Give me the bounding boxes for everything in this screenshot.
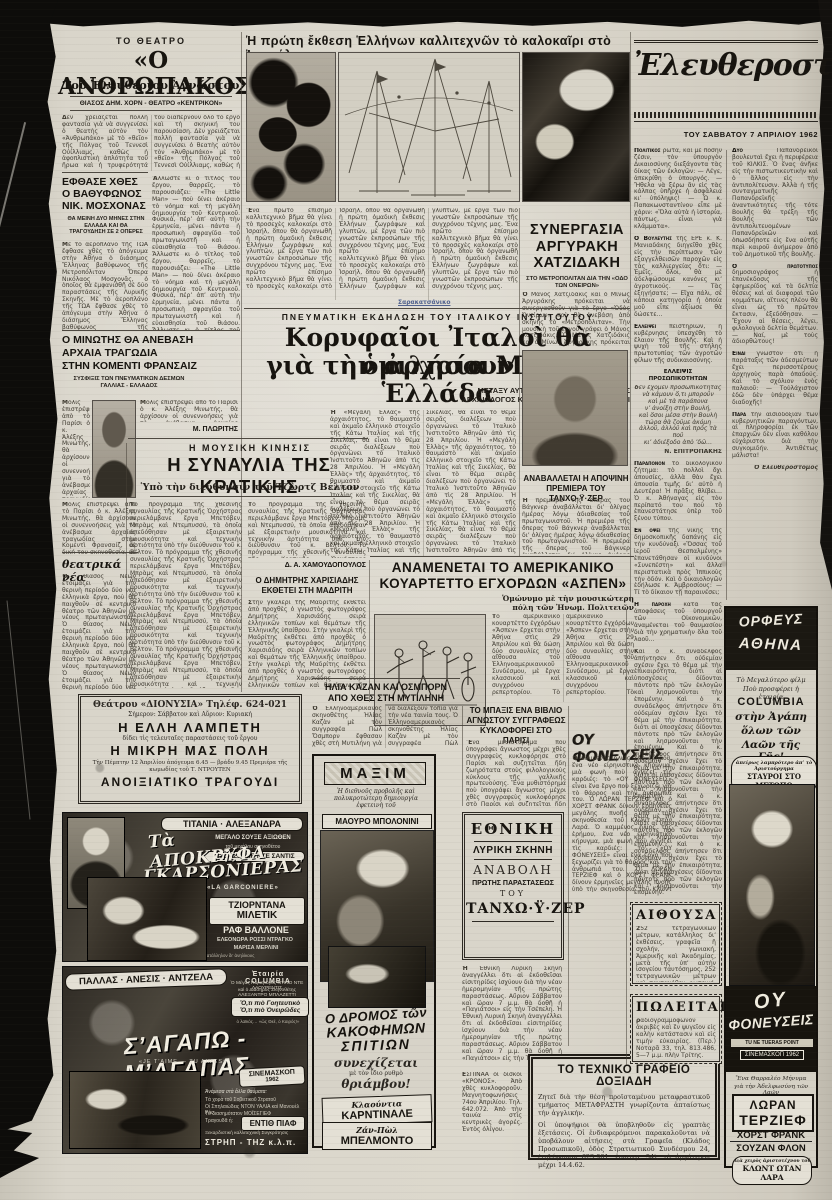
ethniki-note: Ἡ Ἐθνικὴ Λυρικὴ Σκηνὴ ἀναγγέλλει ὅτι αἱ …: [462, 966, 562, 1066]
orfeas-ad: ΟΡΦΕΥΣ ΑΘΗΝΑ Τὸ Μεγαλύτερο φίλμ Ποὺ προσ…: [724, 606, 818, 1168]
maxim-scene-photo-2: [328, 946, 426, 1008]
theatrika-body: Ὁ θίασος Νέων ἑτοιμάζει γιὰ τὴν θερινὴ π…: [62, 574, 136, 690]
kazan-title: ΗΛΙΑ ΚΑΖΑΝ ΚΑΙ ΟΣΜΠΟΡΝ ΑΠΟ ΧΘΕΣ ΣΤΗ ΜΥΤΙ…: [316, 682, 456, 704]
scan-blot-bottom: [0, 1128, 46, 1178]
orfeas-scene-photo: [729, 784, 815, 986]
scan-edge-right: [818, 0, 832, 590]
mousiki-col-2: Τὸ πρόγραμμα τῆς χθεσινῆς συναυλίας τῆς …: [248, 502, 366, 558]
minotis-col-a: Μόλις ἐπιστρέψει ἀπὸ τὸ Παρίσι ὁ κ. Ἀλέξ…: [62, 400, 90, 498]
mousiki-byline: Δ. Α. ΧΑΜΟΥΔΟΠΟΥΛΟΣ: [248, 562, 366, 569]
eleft-poem-title: ΕΛΛΕΙΨΙΣ ΠΡΟΣΩΠΙΚΟΤΗΤΩΝ: [634, 369, 722, 383]
espinaa-note: ΕΣΠΙΝΑΑ οἱ δίσκοι «ΚΡΟΝΟΣ». Ἀπὸ χθὲς κυκ…: [462, 1072, 522, 1146]
synergasia-title: ΣΥΝΕΡΓΑΣΙΑ ΑΡΓΥΡΑΚΗ ΧΑΤΖΙΔΑΚΗ: [522, 222, 632, 272]
minotis-col-b: Μόλις ἐπιστρέψει ἀπὸ τὸ Παρίσι ὁ κ. Ἀλέξ…: [62, 502, 136, 554]
anthropakos-col2: Ἄλλωστε κι ὁ τίτλος τοῦ ἔργου, θαρρεῖς, …: [152, 176, 240, 330]
eleftherostomies-col-right: Δυο Παπανδρεϊκοὶ βουλευταὶ ἔχει ἡ περιφέ…: [732, 148, 818, 600]
gianotti-portrait-photo: [522, 350, 628, 466]
sailboats-drawing: [339, 53, 519, 201]
agapo-scene-photo: [69, 1071, 201, 1149]
maxim-ad: ΜΑΞΙΜ Ἡ διεθνοῦς προβολῆς καὶ πολυκροτώτ…: [312, 754, 436, 1148]
dionysia-ad: Θεάτρου «ΔΙΟΝΥΣΙΑ» Τηλέφ. 624-021 Σήμερο…: [78, 694, 302, 804]
eleft-poem-sig: Ν. ΕΠΙΤΡΟΠΑΚΗΣ: [634, 449, 722, 456]
israel-art-photo-sailboats: [338, 52, 520, 202]
ethniki-box: ΕΘΝΙΚΗ ΛΥΡΙΚΗ ΣΚΗΝΗ ΑΝΑΒΟΛΗ ΠΡΩΤΗΣ ΠΑΡΑΣ…: [462, 812, 564, 960]
agapo-format-box: ΣΙΝΕΜΑΣΚΟΠ 1962: [239, 1065, 306, 1087]
moschonas-body: Μὲ τὸ ἀεροπλάνο τῆς ΤΩΑ ἔφθασε χθὲς τὸ ἀ…: [62, 242, 148, 330]
israel-marked-word: Σαρακατσάνικο: [398, 299, 478, 306]
israel-body: Ἕνα πρῶτο ἐπίσημο καλλιτεχνικὸ βῆμα θὰ γ…: [246, 208, 518, 300]
minotis-byline: Μ. ΠΛΩΡΙΤΗΣ: [160, 426, 238, 433]
eleftherostomies-title: Ἐλευθεροστομίες: [634, 48, 820, 83]
israel-art-photo-1: [246, 52, 336, 202]
minotis-col-c: Μόλις ἐπιστρέψει ἀπὸ τὸ Παρίσι ὁ κ. Ἀλέξ…: [140, 400, 238, 422]
mousiki-kicker: Η ΜΟΥΣΙΚΗ ΚΙΝΗΣΙΣ: [150, 443, 350, 453]
synergasia-deck: ΣΤΟ ΜΕΤΡΟΠΟΛΙΤΑΝ ΔΙΑ ΤΗΝ «ΟΔΟ ΤΩΝ ΟΝΕΙΡΩ…: [524, 276, 630, 290]
poleitai-box: ΠΩΛΕΙΤΑΙ ραδιογραμμόφωνον ἀκριβὲς καὶ ἓν…: [630, 994, 722, 1064]
tanhoyzer-news-body: Ἡ πρεμιέρα τῆς ὄπερας τοῦ Βάγκνερ ἀναβάλ…: [522, 498, 630, 554]
orfeas-title-block: ΟΥ ΦΟΝΕΥΣΕΙΣ TU NE TUERAS POINT ΣΙΝΕΜΑΣΚ…: [726, 986, 816, 1072]
minotis-deck: ΣΥΣΦΙΞΙΣ ΤΩΝ ΠΝΕΥΜΑΤΙΚΩΝ ΔΕΣΜΩΝ ΓΑΛΛΙΑΣ …: [64, 376, 194, 390]
parisbook-body: Ἕνα μυθιστόρημα ποὺ ὑπογράφει ἄγνωστος μ…: [466, 740, 566, 806]
moschonas-title: ΕΦΘΑΣΕ ΧΘΕΣ Ο ΒΑΘΥΦΩΝΟΣ ΝΙΚ. ΜΟΣΧΟΝΑΣ: [62, 176, 150, 212]
newspaper-page: ΤΟ ΘΕΑΤΡΟ «Ο ΑΝΘΡΩΠΑΚΟΣ» Τοῦ Ἐλευθερίου …: [0, 0, 832, 1200]
kazan-body: Ὁ Ἑλληνοαμερικανὸς σκηνοθέτης Ἠλίας Καζὰ…: [312, 706, 458, 748]
minotis-title: Ο ΜΙΝΩΤΗΣ ΘΑ ΑΝΕΒΑΣΗ ΑΡΧΑΙΑ ΤΡΑΓΩΔΙΑ ΣΤΗ…: [62, 334, 212, 373]
orfeas-director-oval: Διὰ χειρὸς ἀριστοτέχνου τοῦ ΚΛΩΝΤ ΩΤΑΝ Λ…: [732, 1156, 812, 1185]
italoi-kicker: ΠΝΕΥΜΑΤΙΚΗ ΕΚΔΗΛΩΣΗ ΤΟΥ ΙΤΑΛΙΚΟΥ ΙΝΣΤΙΤΟ…: [246, 312, 630, 322]
doxiadis-box: ΤΟ ΤΕΧΝΙΚΟ ΓΡΑΦΕΙΟ ΔΟΞΙΑΔΗ Ζητεῖ διὰ τὴν…: [528, 1054, 720, 1160]
eleft-poem: δὲν ἔχομεν προσωπικότητας νὰ κάμουν ὅ,τι…: [634, 385, 722, 447]
anthropakos-intro: Δὲν χρειάζεται πολλὴ φαντασία γιὰ νὰ συγ…: [62, 115, 240, 171]
garconiere-scene-photo: [87, 877, 207, 961]
garconiere-cast-box: ΤΖΙΟΡΝΤΑΝΑ ΜΙΛΕΤΙΚ: [209, 897, 305, 925]
aspen-title: ΑΝΑΜΕΝΕΤΑΙ ΤΟ ΑΜΕΡΙΚΑΝΙΚΟ ΚΟΥΑΡΤΕΤΤΟ ΕΓΧ…: [372, 560, 634, 591]
aithousa-box: ΑΙΘΟΥΣΑ 252 τετραγωνικῶν μέτρων, κατάλλη…: [630, 902, 722, 986]
charisiadis-title: Ο ΔΗΜΗΤΡΗΣ ΧΑΡΙΣΙΑΔΗΣ ΕΚΘΕΤΕΙ ΣΤΗ ΜΑΔΡΙΤ…: [248, 576, 366, 596]
anthropakos-author: Τοῦ Ἐλευθερίου Ἀγνώστου: [62, 78, 240, 92]
eleftherostomies-date: ΤΟΥ ΣΑΒΒΑΤΟΥ 7 ΑΠΡΙΛΙΟΥ 1962: [650, 130, 818, 139]
eleftherostomies-col-left: Πολιτικος ρωτᾶ, καὶ μὲ πόσην ζέσιν, τὸν …: [634, 148, 722, 896]
mousiki-deck: Ὑπὸ τὴν διεύθυνσιν τοῦ Τζὼρτζ Βέλτον: [140, 482, 360, 493]
agapo-tagline-box: Ὅ,τι πιὸ Γοητευτικὸ Ὅ,τι πιὸ Ὀνειρῶδες: [231, 997, 309, 1017]
anthropakos-venue: ΘΙΑΣΟΣ ΔΗΜ. ΧΟΡΝ - ΘΕΑΤΡΟ «ΚΕΝΤΡΙΚΟΝ»: [62, 100, 240, 107]
israel-art-photo-3: [522, 52, 630, 202]
eleftherostomies-signature: Ὁ Ἐλευθερόστομος: [732, 465, 818, 472]
orfeas-star-box: ΛΩΡΑΝ ΤΕΡΖΙΕΦ: [732, 1094, 814, 1132]
moschonas-deck: ΘΑ ΜΕΙΝΗ ΔΥΟ ΜΗΝΕΣ ΣΤΗΝ ΕΛΛΑΔΑ ΚΑΙ ΘΑ ΤΡ…: [66, 216, 146, 236]
mousiki-col-1: Τὸ πρόγραμμα τῆς χθεσινῆς συναυλίας τῆς …: [130, 502, 242, 688]
anthropakos-title: «Ο ΑΝΘΡΩΠΑΚΟΣ»: [58, 48, 244, 100]
scan-edge-top: [0, 0, 832, 28]
orfeas-header: ΟΡΦΕΥΣ ΑΘΗΝΑ: [726, 608, 816, 670]
aspen-body: Τὸ ἀμερικανικὸ κουαρτέττο ἐγχόρδων «Ἄσπε…: [492, 614, 634, 702]
charisiadis-body: Στὴν γκαλερὶ τῆς Μαδρίτης ἐκθέτει ἀπὸ πρ…: [248, 600, 366, 688]
aspen-deck: Ὁμώνυμο μὲ τὴν μουσικώτερη πόλη τῶν Ἡνωμ…: [478, 594, 634, 612]
theatre-kicker: ΤΟ ΘΕΑΤΡΟ: [62, 36, 240, 46]
maxim-star2-box: Ζάν-Πὼλ ΜΠΕΛΜΟΝΤΟ: [322, 1122, 432, 1150]
agapo-ad: ΠΑΛΛΑΣ · ΑΝΕΣΙΣ · ΑΝΤΖΕΛΑ Ἑταιρία COLUMB…: [62, 966, 308, 1154]
scan-edge-left: [0, 0, 58, 1132]
garconiere-ad: ΤΙΤΑΝΙΑ · ΑΛΕΞΑΝΔΡΑ ΜΕΓΑΛΟ ΣΟΥΞΕ ΑΞΙΩΘΕΝ…: [62, 812, 308, 962]
